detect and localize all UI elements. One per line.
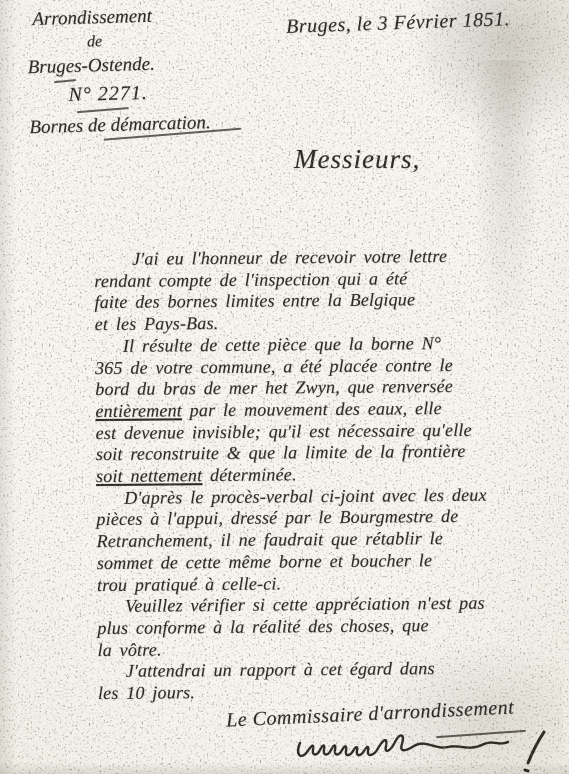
- letterhead-subject: Bornes de démarcation.: [29, 112, 211, 139]
- letterhead-arrondissement: Arrondissement: [32, 6, 152, 31]
- scan-edge-shadow-left: [0, 0, 16, 774]
- scanned-letter-page: Arrondissement de Bruges-Ostende. N° 227…: [0, 0, 569, 774]
- letterhead: Arrondissement de Bruges-Ostende. N° 227…: [26, 3, 256, 9]
- letterhead-reference-number: N° 2271.: [68, 82, 148, 107]
- letter-body: J'ai eu l'honneur de recevoir votre lett…: [94, 245, 566, 705]
- salutation: Messieurs,: [294, 144, 420, 175]
- letterhead-district: Bruges-Ostende.: [27, 54, 155, 80]
- underlined-word: soit nettement: [96, 465, 202, 486]
- dateline: Bruges, le 3 Février 1851.: [286, 8, 511, 39]
- letterhead-de: de: [87, 33, 103, 51]
- flourish-underline: [54, 79, 76, 83]
- body-line-text: déterminée.: [202, 464, 297, 485]
- signature-scrawl: [292, 729, 558, 773]
- underlined-word: entièrement: [95, 400, 182, 421]
- body-line-text: par le mouvement des eaux, elle: [182, 398, 442, 420]
- flourish-underline: [77, 107, 129, 113]
